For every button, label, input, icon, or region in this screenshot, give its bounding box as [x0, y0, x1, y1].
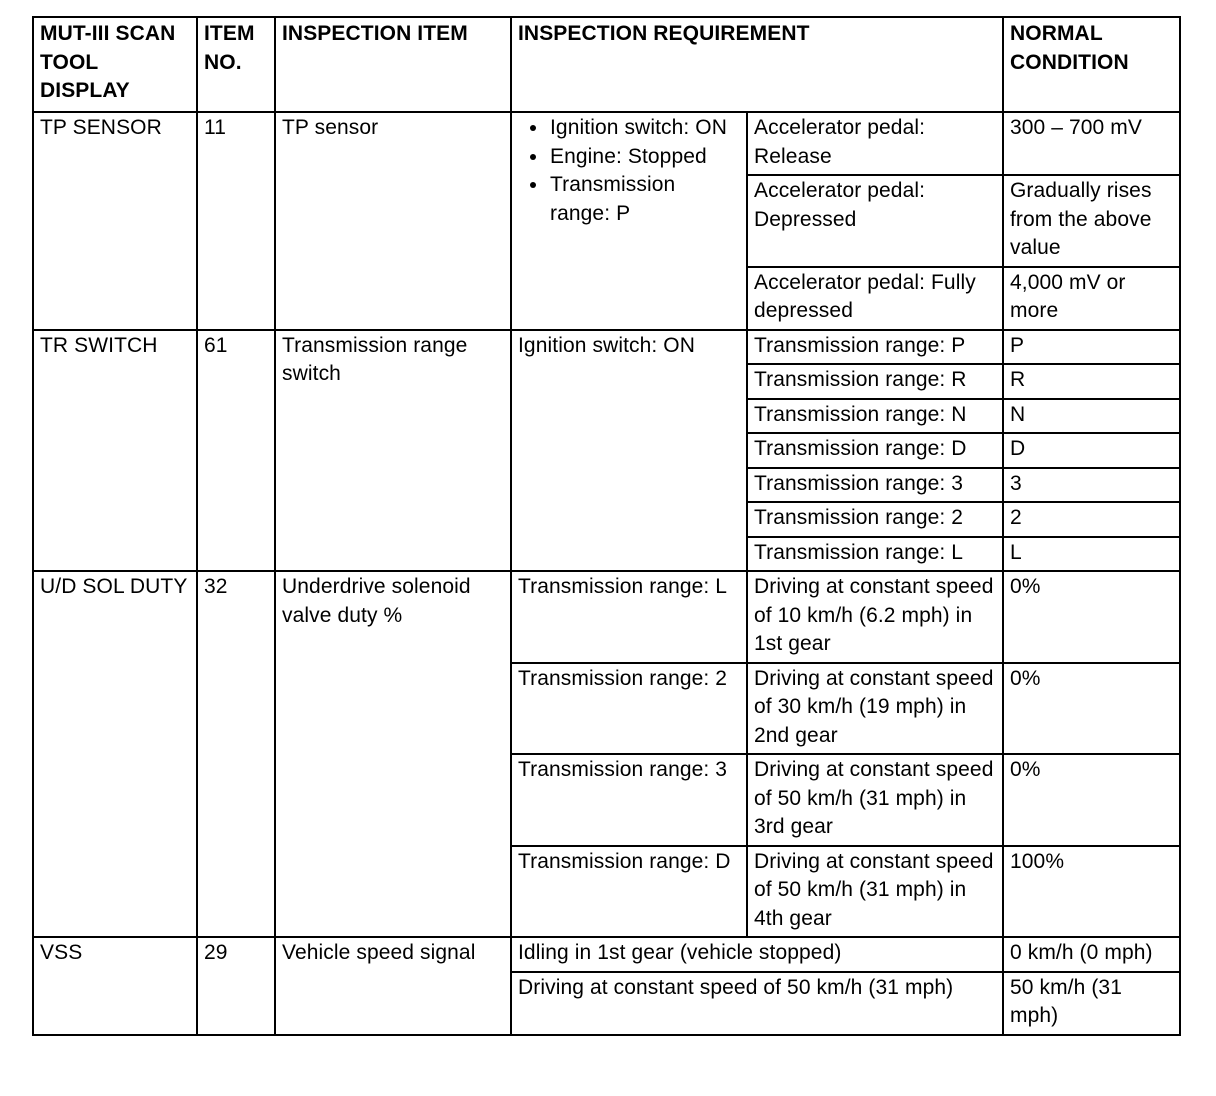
- cell-requirement: Transmission range: P: [747, 330, 1003, 365]
- cell-requirement: Accelerator pedal: Depressed: [747, 175, 1003, 267]
- cell-normal: 2: [1003, 502, 1180, 537]
- cell-normal: 4,000 mV or more: [1003, 267, 1180, 330]
- cell-item-no: 11: [197, 112, 275, 330]
- cell-requirement: Driving at constant speed of 50 km/h (31…: [747, 754, 1003, 846]
- cell-requirement: Transmission range: 3: [747, 468, 1003, 503]
- cell-requirement: Driving at constant speed of 10 km/h (6.…: [747, 571, 1003, 663]
- cell-item-no: 29: [197, 937, 275, 1035]
- cell-requirement: Driving at constant speed of 50 km/h (31…: [747, 846, 1003, 938]
- cell-range: Transmission range: L: [511, 571, 747, 663]
- inspection-table: MUT-III SCAN TOOL DISPLAY ITEM NO. INSPE…: [32, 16, 1181, 1036]
- header-inspection-item: INSPECTION ITEM: [275, 17, 511, 112]
- cell-requirement: Transmission range: 2: [747, 502, 1003, 537]
- cell-display: U/D SOL DUTY: [33, 571, 197, 937]
- cell-normal: 300 – 700 mV: [1003, 112, 1180, 175]
- table-row-tr-switch: TR SWITCH 61 Transmission range switch I…: [33, 330, 1180, 365]
- cell-inspection-item: Transmission range switch: [275, 330, 511, 572]
- list-item: Ignition switch: ON: [550, 114, 740, 143]
- cell-requirement: Transmission range: L: [747, 537, 1003, 572]
- table-row-tp-sensor: TP SENSOR 11 TP sensor Ignition switch: …: [33, 112, 1180, 175]
- cell-conditions: Ignition switch: ON Engine: Stopped Tran…: [511, 112, 747, 330]
- cell-normal: D: [1003, 433, 1180, 468]
- cell-normal: L: [1003, 537, 1180, 572]
- cell-normal: R: [1003, 364, 1180, 399]
- header-display: MUT-III SCAN TOOL DISPLAY: [33, 17, 197, 112]
- header-item-no: ITEM NO.: [197, 17, 275, 112]
- cell-range: Transmission range: 2: [511, 663, 747, 755]
- table-row-ud-sol-duty: U/D SOL DUTY 32 Underdrive solenoid valv…: [33, 571, 1180, 663]
- cell-normal: 0%: [1003, 754, 1180, 846]
- cell-requirement: Transmission range: D: [747, 433, 1003, 468]
- cell-display: TR SWITCH: [33, 330, 197, 572]
- cell-range: Transmission range: D: [511, 846, 747, 938]
- cell-condition: Ignition switch: ON: [511, 330, 747, 572]
- cell-inspection-item: Underdrive solenoid valve duty %: [275, 571, 511, 937]
- cell-normal: 0 km/h (0 mph): [1003, 937, 1180, 972]
- cell-normal: 0%: [1003, 663, 1180, 755]
- list-item: Transmission range: P: [550, 171, 740, 228]
- table-row-vss: VSS 29 Vehicle speed signal Idling in 1s…: [33, 937, 1180, 972]
- cell-normal: P: [1003, 330, 1180, 365]
- cell-requirement: Driving at constant speed of 50 km/h (31…: [511, 972, 1003, 1035]
- header-inspection-requirement: INSPECTION REQUIREMENT: [511, 17, 1003, 112]
- cell-normal: 100%: [1003, 846, 1180, 938]
- cell-requirement: Accelerator pedal: Fully depressed: [747, 267, 1003, 330]
- cell-requirement: Transmission range: R: [747, 364, 1003, 399]
- cell-normal: 50 km/h (31 mph): [1003, 972, 1180, 1035]
- conditions-list: Ignition switch: ON Engine: Stopped Tran…: [518, 114, 740, 228]
- cell-range: Transmission range: 3: [511, 754, 747, 846]
- cell-display: TP SENSOR: [33, 112, 197, 330]
- cell-inspection-item: TP sensor: [275, 112, 511, 330]
- header-row: MUT-III SCAN TOOL DISPLAY ITEM NO. INSPE…: [33, 17, 1180, 112]
- cell-display: VSS: [33, 937, 197, 1035]
- cell-requirement: Idling in 1st gear (vehicle stopped): [511, 937, 1003, 972]
- cell-inspection-item: Vehicle speed signal: [275, 937, 511, 1035]
- cell-normal: Gradually rises from the above value: [1003, 175, 1180, 267]
- cell-requirement: Driving at constant speed of 30 km/h (19…: [747, 663, 1003, 755]
- cell-requirement: Accelerator pedal: Release: [747, 112, 1003, 175]
- cell-requirement: Transmission range: N: [747, 399, 1003, 434]
- list-item: Engine: Stopped: [550, 143, 740, 172]
- header-normal-condition: NORMAL CONDITION: [1003, 17, 1180, 112]
- cell-item-no: 61: [197, 330, 275, 572]
- cell-item-no: 32: [197, 571, 275, 937]
- cell-normal: 3: [1003, 468, 1180, 503]
- cell-normal: 0%: [1003, 571, 1180, 663]
- cell-normal: N: [1003, 399, 1180, 434]
